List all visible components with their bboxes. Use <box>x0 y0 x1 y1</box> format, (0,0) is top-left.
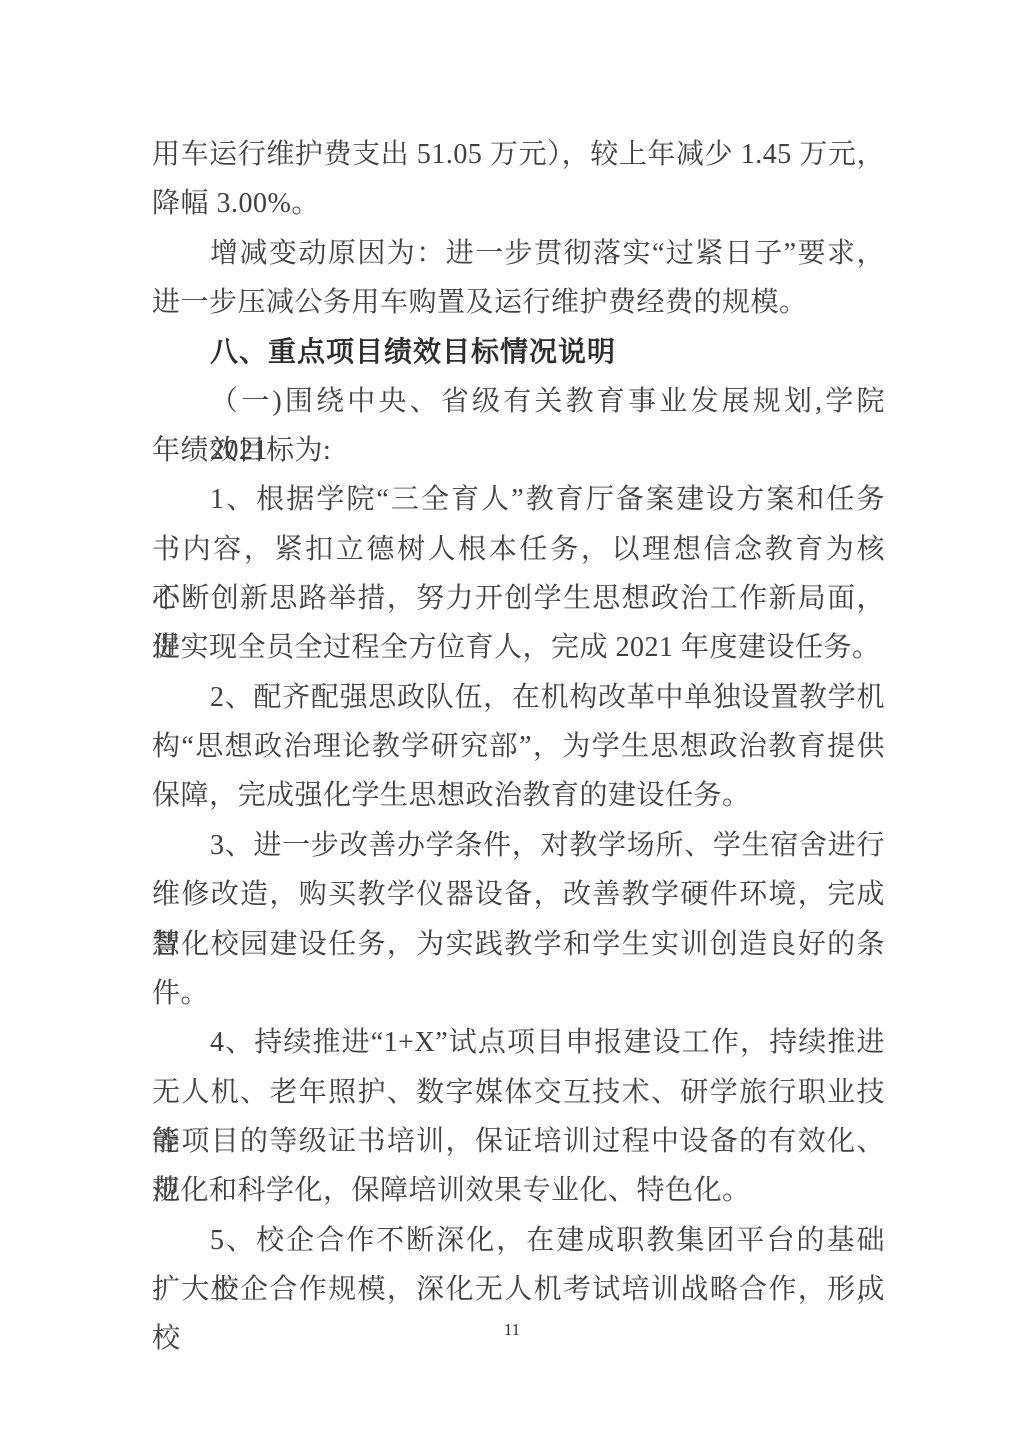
text-block: 用车运行维护费支出 51.05 万元），较上年减少 1.45 万元， 降幅 3.… <box>152 130 885 1314</box>
paragraph-line: （一)围绕中央、省级有关教育事业发展规划,学院 2021 <box>152 377 885 426</box>
paragraph-line: 增减变动原因为：进一步贯彻落实“过紧日子”要求， <box>152 229 885 278</box>
paragraph-line: 范化和科学化，保障培训效果专业化、特色化。 <box>152 1166 885 1215</box>
paragraph-line: 降幅 3.00%。 <box>152 179 885 228</box>
paragraph-line: 保障，完成强化学生思想政治教育的建设任务。 <box>152 771 885 820</box>
paragraph-line: 慧化校园建设任务，为实践教学和学生实训创造良好的条 <box>152 920 885 969</box>
page-number: 11 <box>0 1320 1024 1340</box>
paragraph-line: 年绩效目标为: <box>152 426 885 475</box>
paragraph-line: 5、校企合作不断深化，在建成职教集团平台的基础上， <box>152 1216 885 1265</box>
paragraph-line: 2、配齐配强思政队伍，在机构改革中单独设置教学机 <box>152 673 885 722</box>
paragraph-line: 扩大校企合作规模，深化无人机考试培训战略合作，形成校 <box>152 1265 885 1314</box>
paragraph-line: 3、进一步改善办学条件，对教学场所、学生宿舍进行 <box>152 821 885 870</box>
paragraph-line: 1、根据学院“三全育人”教育厅备案建设方案和任务 <box>152 475 885 524</box>
paragraph-line: 4、持续推进“1+X”试点项目申报建设工作，持续推进 <box>152 1018 885 1067</box>
paragraph-line: 构“思想政治理论教学研究部”，为学生思想政治教育提供 <box>152 722 885 771</box>
paragraph-line: 件。 <box>152 969 885 1018</box>
document-page: 用车运行维护费支出 51.05 万元），较上年减少 1.45 万元， 降幅 3.… <box>0 0 1024 1448</box>
section-heading: 八、重点项目绩效目标情况说明 <box>152 327 885 376</box>
paragraph-line: 用车运行维护费支出 51.05 万元），较上年减少 1.45 万元， <box>152 130 885 179</box>
paragraph-line: 书内容，紧扣立德树人根本任务，以理想信念教育为核心， <box>152 525 885 574</box>
paragraph-line: 进实现全员全过程全方位育人，完成 2021 年度建设任务。 <box>152 623 885 672</box>
paragraph-line: 维修改造，购买教学仪器设备，改善教学硬件环境，完成智 <box>152 870 885 919</box>
paragraph-line: 不断创新思路举措，努力开创学生思想政治工作新局面，促 <box>152 574 885 623</box>
paragraph-line: 无人机、老年照护、数字媒体交互技术、研学旅行职业技能 <box>152 1068 885 1117</box>
paragraph-line: 进一步压减公务用车购置及运行维护费经费的规模。 <box>152 278 885 327</box>
paragraph-line: 等项目的等级证书培训，保证培训过程中设备的有效化、规 <box>152 1117 885 1166</box>
